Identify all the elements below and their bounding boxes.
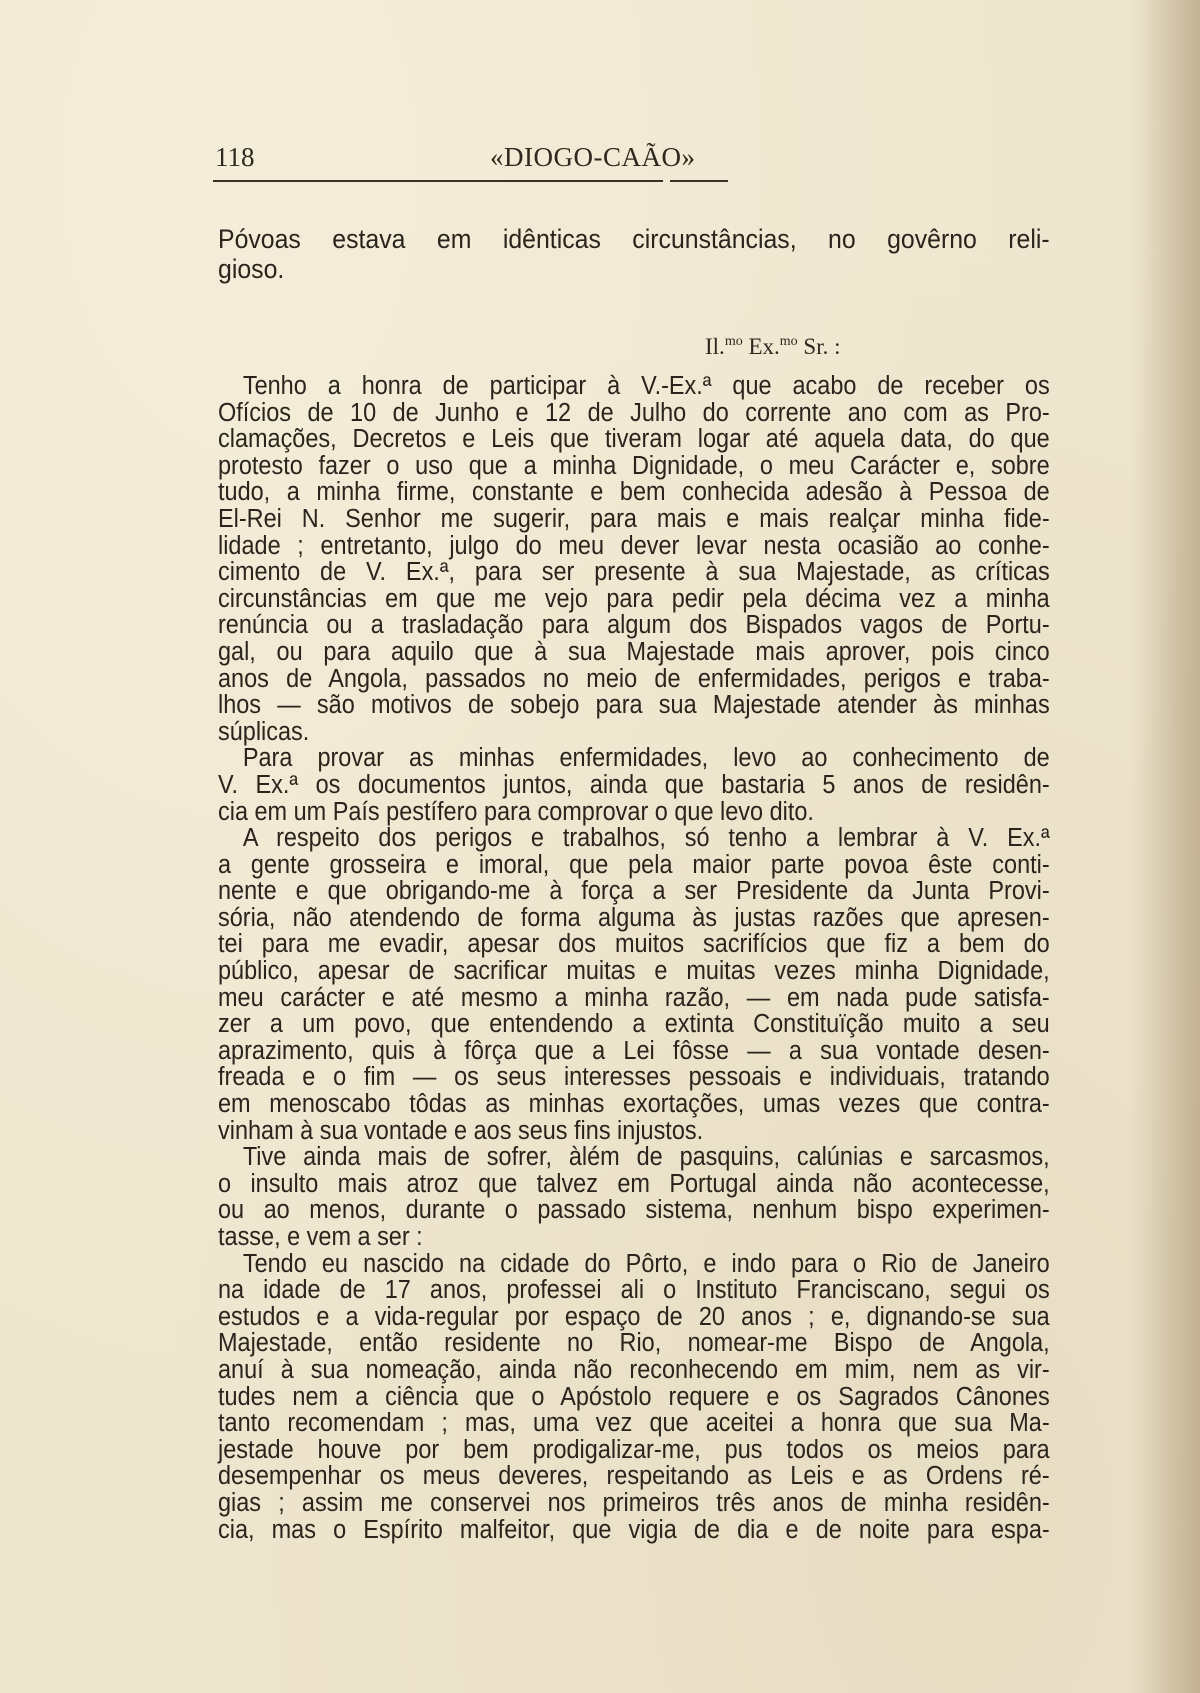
- letter-salutation: Il.mo Ex.mo Sr. :: [705, 334, 840, 360]
- text-line: protesto fazer o uso que a minha Dignida…: [218, 453, 1050, 480]
- text-line: tudes nem a ciência que o Apóstolo reque…: [218, 1384, 1050, 1411]
- text-line: tasse, e vem a ser :: [218, 1224, 1050, 1251]
- intro-paragraph: Póvoas estava em idênticas circunstância…: [218, 224, 983, 284]
- text-line: cimento de V. Ex.ª, para ser presente à …: [218, 559, 1050, 586]
- text-line: El-Rei N. Senhor me sugerir, para mais e…: [218, 506, 1050, 533]
- text-line: público, apesar de sacrificar muitas e m…: [218, 958, 1050, 985]
- text-line: tudo, a minha firme, constante e bem con…: [218, 479, 1050, 506]
- text-line: meu carácter e até mesmo a minha razão, …: [218, 985, 1050, 1012]
- text-line: Póvoas estava em idênticas circunstância…: [218, 224, 1050, 254]
- text-line: clamações, Decretos e Leis que tiveram l…: [218, 426, 1050, 453]
- text-line: súplicas.: [218, 719, 1050, 746]
- text-line: Para provar as minhas enfermidades, levo…: [218, 745, 1050, 772]
- salutation-text: Ex.: [743, 334, 780, 359]
- text-line: tei para me evadir, apesar dos muitos sa…: [218, 931, 1050, 958]
- salutation-superscript: mo: [780, 334, 798, 349]
- text-line: circunstâncias em que me vejo para pedir…: [218, 586, 1050, 613]
- text-line: lhos — são motivos de sobejo para sua Ma…: [218, 692, 1050, 719]
- page-number: 118: [215, 142, 255, 173]
- page-edge-shadow: [1140, 0, 1200, 1693]
- text-line: anuí à sua nomeação, ainda não reconhece…: [218, 1357, 1050, 1384]
- running-head: 118 «DIOGO-CAÃO»: [215, 142, 730, 176]
- text-line: renúncia ou a trasladação para algum dos…: [218, 612, 1050, 639]
- text-line: sória, não atendendo de forma alguma às …: [218, 905, 1050, 932]
- header-rule: [213, 180, 663, 182]
- text-line: Tendo eu nascido na cidade do Pôrto, e i…: [218, 1251, 1050, 1278]
- letter-body: Tenho a honra de participar à V.-Ex.ª qu…: [218, 373, 983, 1570]
- text-line: em menoscabo tôdas as minhas exortações,…: [218, 1091, 1050, 1118]
- text-line: nente e que obrigando-me à força a ser P…: [218, 878, 1050, 905]
- text-line: Tive ainda mais de sofrer, àlém de pasqu…: [218, 1144, 1050, 1171]
- text-line: aprazimento, quis à fôrça que a Lei fôss…: [218, 1038, 1050, 1065]
- text-line: Majestade, então residente no Rio, nomea…: [218, 1330, 1050, 1357]
- text-line: gal, ou para aquilo que à sua Majestade …: [218, 639, 1050, 666]
- text-line: na idade de 17 anos, professei ali o Ins…: [218, 1277, 1050, 1304]
- text-line: ou ao menos, durante o passado sistema, …: [218, 1197, 1050, 1224]
- header-rule-segment: [670, 180, 728, 182]
- text-line: a gente grosseira e imoral, que pela mai…: [218, 852, 1050, 879]
- text-line: Tenho a honra de participar à V.-Ex.ª qu…: [218, 373, 1050, 400]
- text-line: gias ; assim me conservei nos primeiros …: [218, 1490, 1050, 1517]
- text-line: cia em um País pestífero para comprovar …: [218, 799, 1050, 826]
- text-line: V. Ex.ª os documentos juntos, ainda que …: [218, 772, 1050, 799]
- text-line: anos de Angola, passados no meio de enfe…: [218, 666, 1050, 693]
- text-line: o insulto mais atroz que talvez em Portu…: [218, 1171, 1050, 1198]
- text-line: desempenhar os meus deveres, respeitando…: [218, 1463, 1050, 1490]
- text-line: cia, mas o Espírito malfeitor, que vigia…: [218, 1517, 1050, 1544]
- text-line: freada e o fim — os seus interesses pess…: [218, 1064, 1050, 1091]
- book-page: 118 «DIOGO-CAÃO» Póvoas estava em idênti…: [0, 0, 1200, 1693]
- text-line: Ofícios de 10 de Junho e 12 de Julho do …: [218, 400, 1050, 427]
- text-line: [218, 1543, 1050, 1570]
- salutation-text: Il.: [705, 334, 725, 359]
- text-line: tanto recomendam ; mas, uma vez que acei…: [218, 1410, 1050, 1437]
- text-line: gioso.: [218, 254, 1050, 284]
- salutation-text: Sr. :: [798, 334, 841, 359]
- text-line: jestade houve por bem prodigalizar-me, p…: [218, 1437, 1050, 1464]
- salutation-superscript: mo: [725, 334, 743, 349]
- text-line: vinham à sua vontade e aos seus fins inj…: [218, 1118, 1050, 1145]
- text-line: zer a um povo, que entendendo a extinta …: [218, 1011, 1050, 1038]
- text-line: lidade ; entretanto, julgo do meu dever …: [218, 533, 1050, 560]
- running-title: «DIOGO-CAÃO»: [490, 142, 695, 173]
- text-line: A respeito dos perigos e trabalhos, só t…: [218, 825, 1050, 852]
- text-line: estudos e a vida-regular por espaço de 2…: [218, 1304, 1050, 1331]
